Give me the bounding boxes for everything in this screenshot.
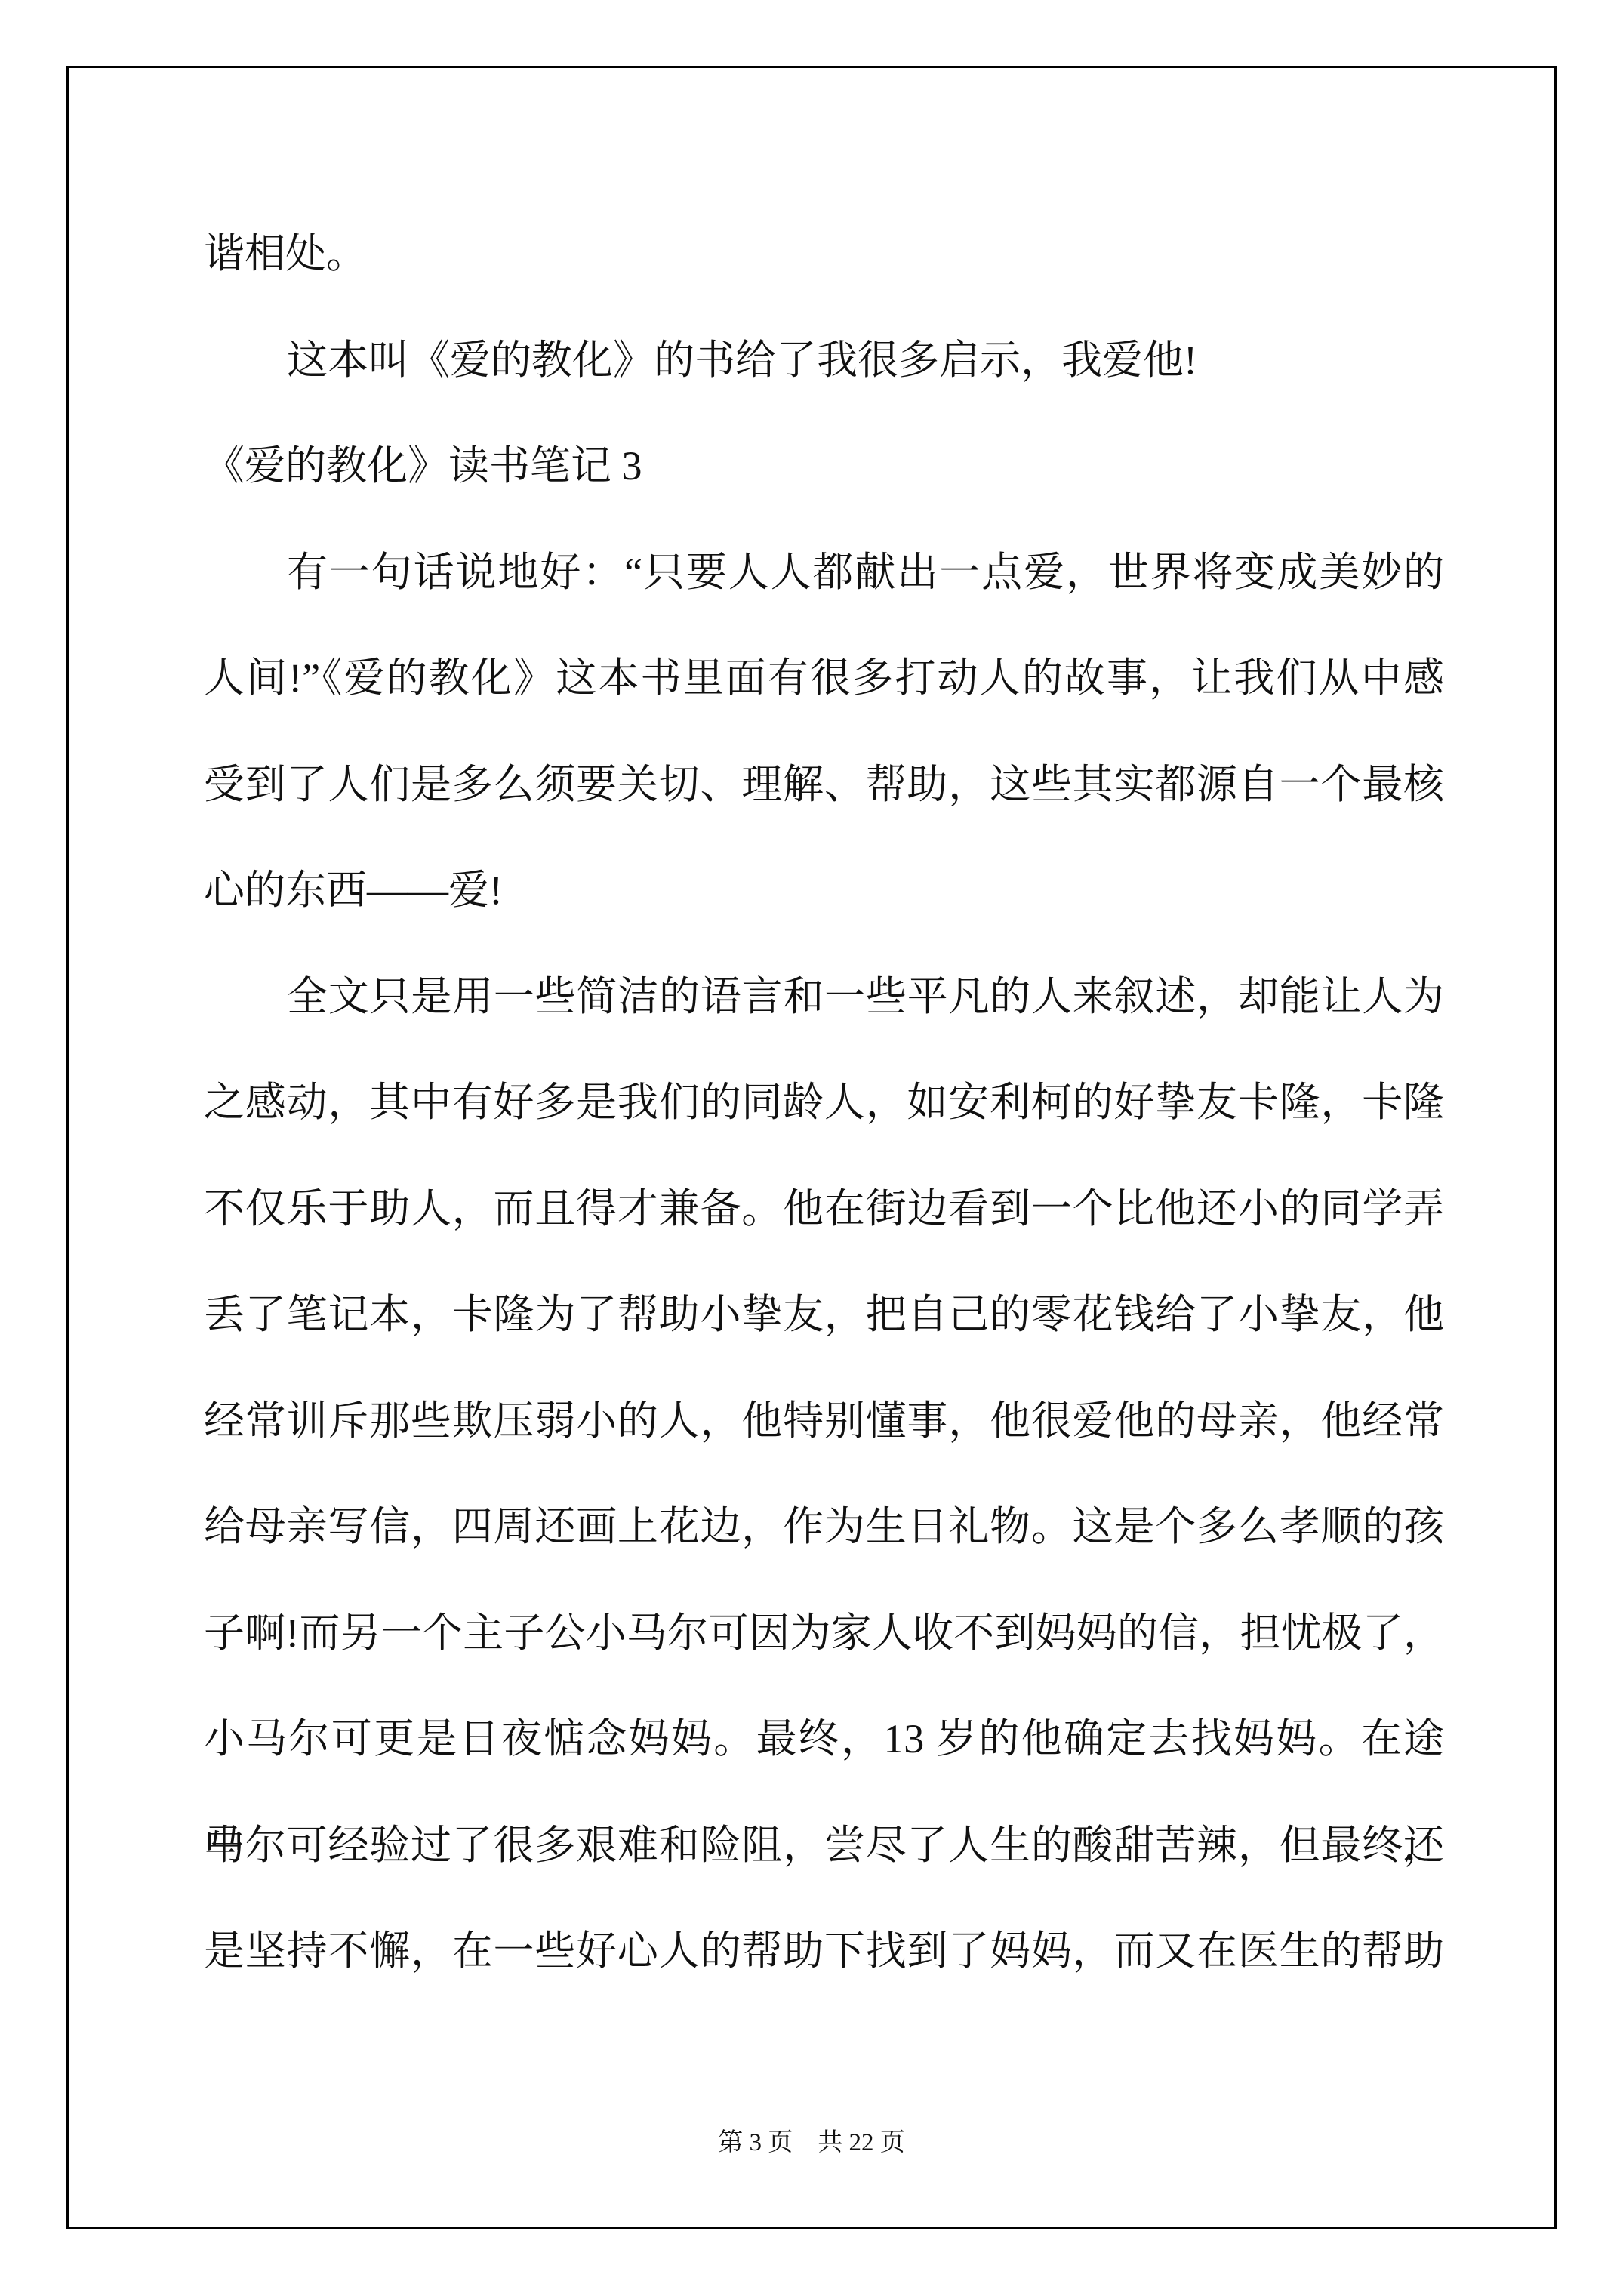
body-line: 之感动，其中有好多是我们的同龄人，如安利柯的好挚友卡隆，卡隆 [204,1049,1444,1156]
body-line: 子啊!而另一个主子公小马尔可因为家人收不到妈妈的信，担忧极了， [204,1580,1444,1687]
body-line: 人间!”《爱的教化》这本书里面有很多打动人的故事，让我们从中感 [204,625,1444,732]
body-line: 小马尔可更是日夜惦念妈妈。最终，13 岁的他确定去找妈妈。在途中， [204,1686,1444,1792]
document-body: 谐相处。 这本叫《爱的教化》的书给了我很多启示，我爱他! 《爱的教化》读书笔记 … [204,201,1444,2005]
body-line: 丢了笔记本，卡隆为了帮助小挚友，把自己的零花钱给了小挚友，他 [204,1262,1444,1368]
section-heading: 《爱的教化》读书笔记 3 [204,413,1444,519]
body-line: 全文只是用一些简洁的语言和一些平凡的人来叙述，却能让人为 [204,944,1444,1050]
body-line: 有一句话说地好：“只要人人都献出一点爱，世界将变成美妙的 [204,519,1444,626]
body-line: 谐相处。 [204,201,1444,307]
body-line: 经常训斥那些欺压弱小的人，他特别懂事，他很爱他的母亲，他经常 [204,1368,1444,1475]
body-line: 这本叫《爱的教化》的书给了我很多启示，我爱他! [204,307,1444,414]
body-line: 受到了人们是多么须要关切、理解、帮助，这些其实都源自一个最核 [204,732,1444,838]
body-line: 不仅乐于助人，而且得才兼备。他在街边看到一个比他还小的同学弄 [204,1156,1444,1262]
body-line: 心的东西——爱! [204,837,1444,944]
body-line: 马尔可经验过了很多艰难和险阻，尝尽了人生的酸甜苦辣，但最终还 [204,1792,1444,1899]
body-line: 给母亲写信，四周还画上花边，作为生日礼物。这是个多么孝顺的孩 [204,1474,1444,1580]
body-line: 是坚持不懈，在一些好心人的帮助下找到了妈妈，而又在医生的帮助 [204,1898,1444,2005]
page-number: 第 3 页 共 22 页 [0,2128,1623,2158]
